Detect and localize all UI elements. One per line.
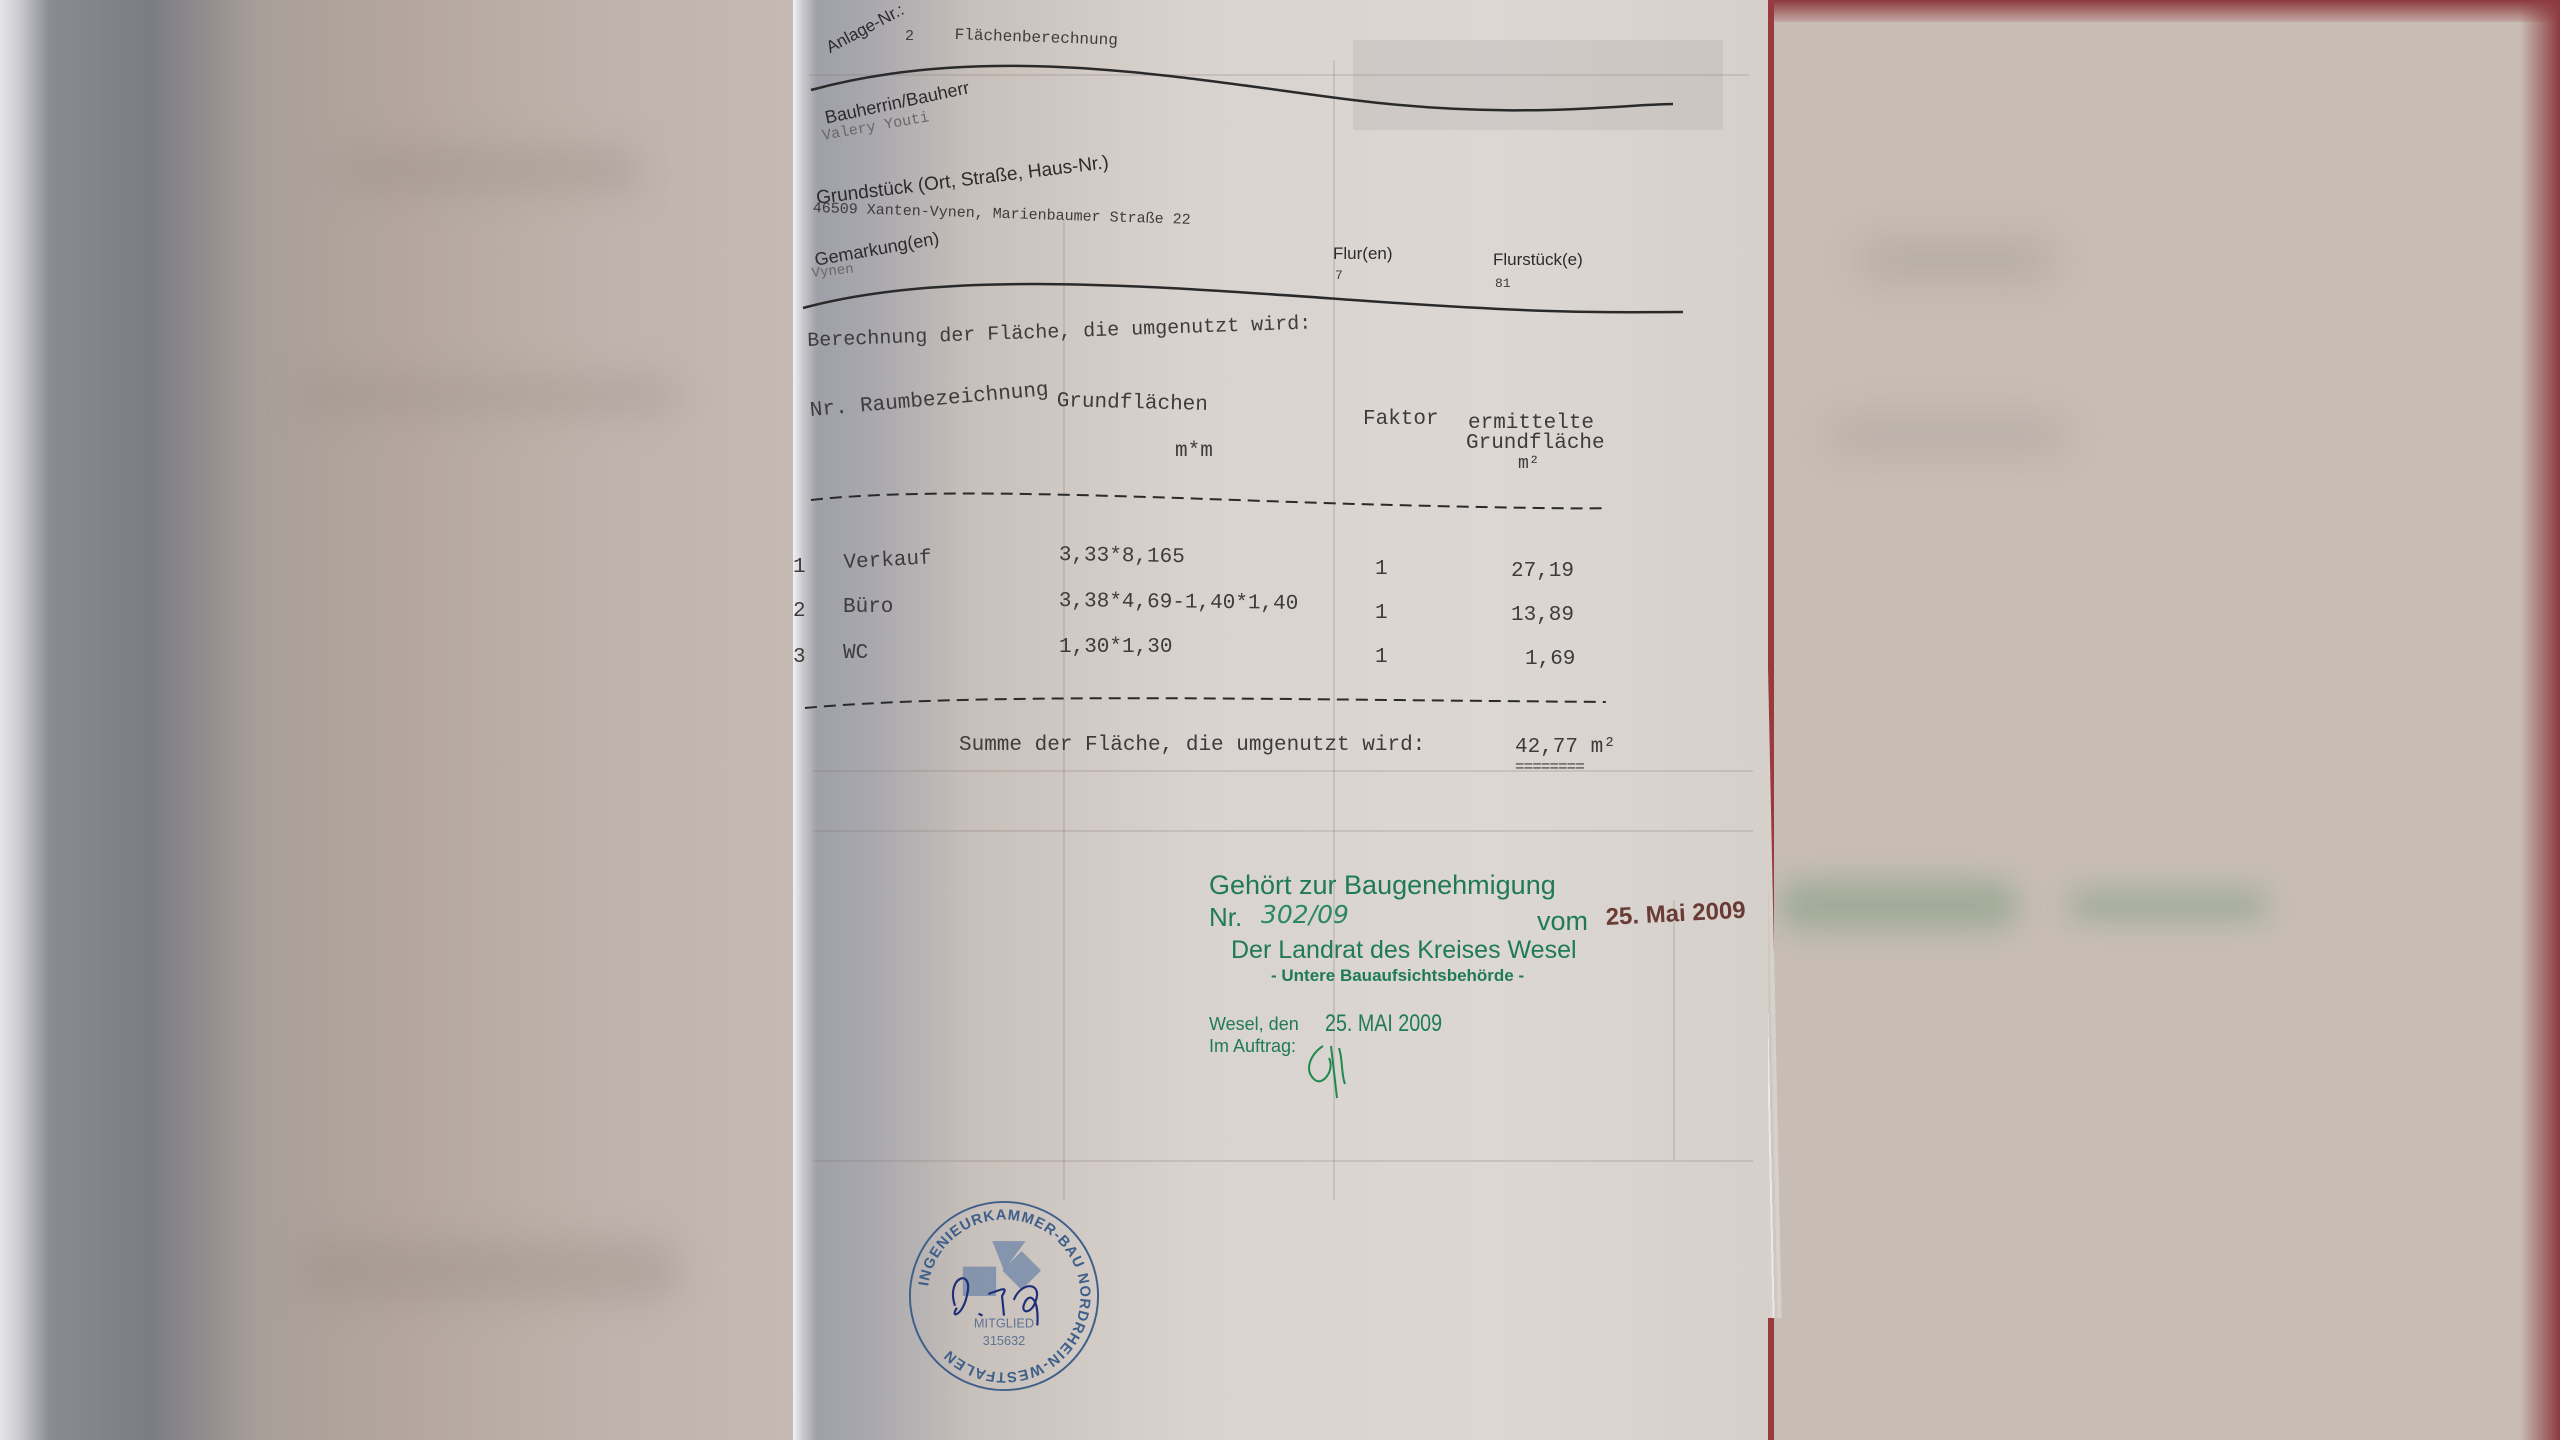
row-factor: 1 — [1375, 558, 1388, 581]
row-formula: 1,30*1,30 — [1059, 636, 1172, 659]
blurred-text-shape — [1828, 420, 2068, 450]
corridor-label: Flur(en) — [1333, 244, 1393, 264]
row-area: 27,19 — [1511, 560, 1574, 583]
stamp-heading: Gehört zur Baugenehmigung — [1209, 870, 1556, 901]
seal-member-number: 315632 — [983, 1333, 1026, 1348]
blurred-background-left — [0, 0, 795, 1440]
column-header-factor: Faktor — [1363, 408, 1439, 431]
row-nr: 2 — [793, 600, 806, 623]
stamp-vom-label: vom — [1537, 906, 1588, 937]
signature-green — [1301, 1040, 1357, 1100]
blurred-text-shape — [340, 150, 640, 190]
blurred-text-shape — [1858, 240, 2058, 280]
row-room: Verkauf — [843, 547, 932, 575]
seal-member-label: MITGLIED — [974, 1315, 1034, 1330]
row-area: 13,89 — [1511, 604, 1574, 627]
total-label: Summe der Fläche, die umgenutzt wird: — [959, 734, 1425, 757]
column-header-area-unit: m*m — [1175, 440, 1213, 463]
svg-text:INGENIEURKAMMER-BAU NORDRHEIN-: INGENIEURKAMMER-BAU NORDRHEIN-WESTFALEN — [916, 1207, 1092, 1384]
row-nr: 1 — [793, 556, 806, 579]
blurred-stamp-shape — [1778, 880, 2018, 930]
engineer-seal: INGENIEURKAMMER-BAU NORDRHEIN-WESTFALEN … — [906, 1198, 1102, 1394]
red-folder-right — [2520, 0, 2560, 1440]
row-room: Büro — [843, 596, 893, 619]
attachment-number: 2 — [905, 28, 914, 45]
row-factor: 1 — [1375, 646, 1388, 669]
stamp-signature-label: Im Auftrag: — [1209, 1036, 1296, 1057]
row-factor: 1 — [1375, 602, 1388, 625]
total-double-underline: ======== — [1515, 758, 1584, 776]
row-area: 1,69 — [1525, 648, 1575, 671]
parcel-value: 81 — [1495, 276, 1511, 291]
document-page: Anlage-Nr.: 2 Flächenberechnung Bauherri… — [793, 0, 1768, 1440]
row-room: WC — [843, 642, 868, 665]
row-nr: 3 — [793, 646, 806, 669]
blurred-background-right — [1768, 0, 2560, 1440]
column-header-nr-text: Nr. — [809, 397, 849, 423]
stamp-authority: Der Landrat des Kreises Wesel — [1231, 936, 1577, 965]
total-value: 42,77 m² — [1515, 736, 1616, 759]
row-formula: 3,38*4,69-1,40*1,40 — [1059, 590, 1299, 616]
blurred-text-shape — [300, 380, 680, 410]
blurred-text-shape — [300, 1240, 680, 1300]
row-formula: 3,33*8,165 — [1059, 544, 1185, 569]
red-folder-top — [1768, 0, 2560, 22]
stamp-nr-label: Nr. — [1209, 902, 1242, 933]
stamp-department: - Untere Bauaufsichtsbehörde - — [1271, 966, 1524, 986]
column-header-area: Grundflächen — [1056, 390, 1208, 417]
corridor-value: 7 — [1335, 268, 1343, 283]
seal-ring-text: INGENIEURKAMMER-BAU NORDRHEIN-WESTFALEN — [916, 1207, 1092, 1384]
column-header-result-unit: m² — [1518, 454, 1540, 474]
blurred-stamp-shape — [2068, 890, 2268, 920]
column-header-result-2: Grundfläche — [1466, 432, 1605, 455]
stamp-place-label: Wesel, den — [1209, 1014, 1299, 1035]
parcel-label: Flurstück(e) — [1493, 250, 1583, 270]
stamp-nr-handwritten: 302/09 — [1261, 900, 1349, 929]
stamp-place-date: 25. MAI 2009 — [1325, 1010, 1442, 1038]
